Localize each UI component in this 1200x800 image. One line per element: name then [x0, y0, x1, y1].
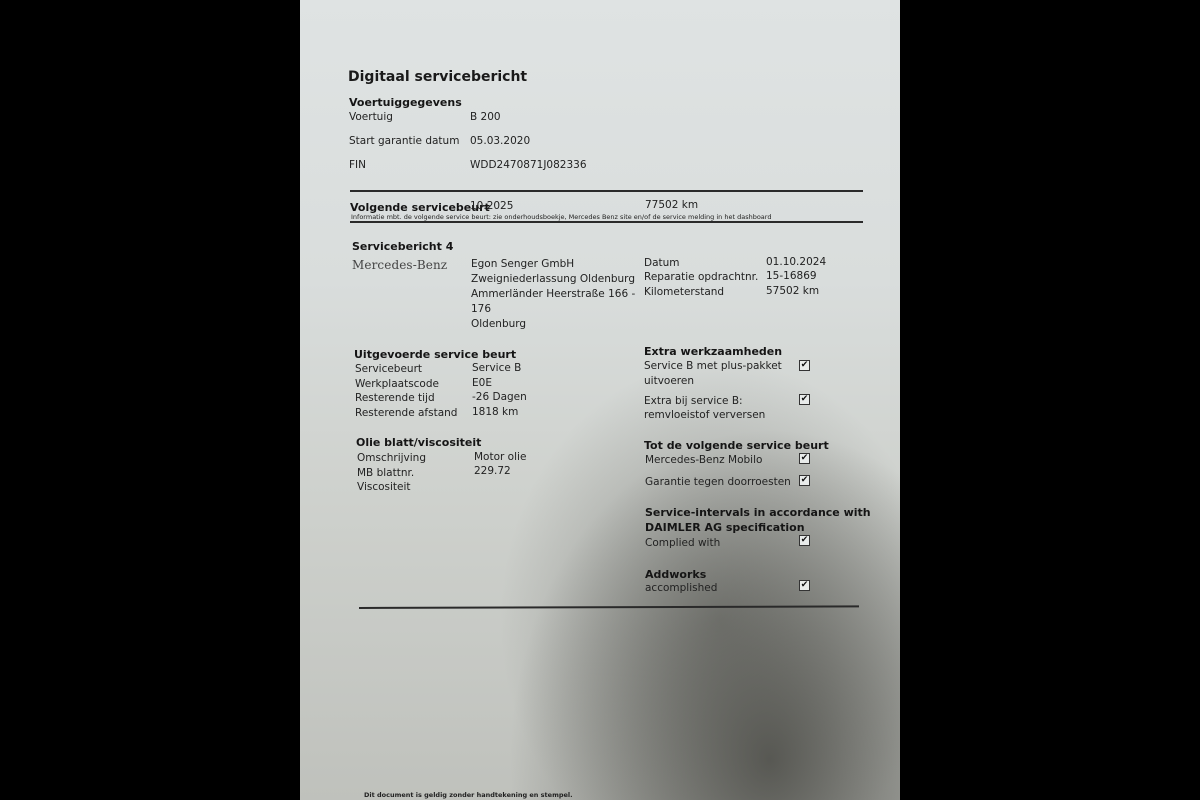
document-footer-note: Dit document is geldig zonder handtekeni…: [364, 791, 573, 799]
repair-order-label: Reparatie opdrachtnr.: [644, 271, 758, 283]
vehicle-data-heading: Voertuiggegevens: [349, 96, 462, 109]
vehicle-label: Voertuig: [349, 111, 393, 123]
vehicle-value: B 200: [470, 111, 501, 123]
intervals-heading-line-2: DAIMLER AG specification: [645, 521, 805, 534]
extra-work-heading: Extra werkzaamheden: [644, 345, 782, 358]
extra-work-item-2-line-1: Extra bij service B:: [644, 395, 743, 407]
odometer-label: Kilometerstand: [644, 286, 724, 298]
rust-warranty-label: Garantie tegen doorroesten: [645, 476, 791, 488]
dealer-street-number: 176: [471, 303, 491, 315]
extra-work-item-1-line-1: Service B met plus-pakket: [644, 360, 782, 372]
oil-description-value: Motor olie: [474, 451, 526, 463]
divider: [359, 605, 859, 608]
dealer-street: Ammerländer Heerstraße 166 -: [471, 288, 635, 300]
mb-sheet-label: MB blattnr.: [357, 467, 414, 479]
remaining-distance-value: 1818 km: [472, 406, 518, 418]
mercedes-benz-logo: Mercedes-Benz: [352, 258, 447, 272]
dealer-branch: Zweigniederlassung Oldenburg: [471, 273, 635, 285]
intervals-heading-line-1: Service-intervals in accordance with: [645, 506, 871, 519]
next-service-info: Informatie mbt. de volgende service beur…: [351, 213, 771, 221]
checkbox-checked-icon: ✔: [799, 535, 810, 546]
document-title: Digitaal servicebericht: [348, 69, 527, 85]
checkbox-checked-icon: ✔: [799, 453, 810, 464]
divider: [350, 221, 863, 223]
date-value: 01.10.2024: [766, 256, 826, 268]
service-report-heading: Servicebericht 4: [352, 240, 453, 253]
next-service-distance: 77502 km: [645, 199, 698, 211]
remaining-time-label: Resterende tijd: [355, 392, 435, 404]
oil-heading: Olie blatt/viscositeit: [356, 436, 481, 449]
remaining-time-value: -26 Dagen: [472, 391, 527, 403]
service-type-label: Servicebeurt: [355, 363, 422, 375]
addworks-label: accomplished: [645, 582, 717, 594]
checkbox-checked-icon: ✔: [799, 580, 810, 591]
checkbox-checked-icon: ✔: [799, 394, 810, 405]
until-next-heading: Tot de volgende service beurt: [644, 439, 829, 452]
mb-sheet-value: 229.72: [474, 465, 511, 477]
date-label: Datum: [644, 257, 680, 269]
divider: [350, 190, 863, 192]
fin-label: FIN: [349, 159, 366, 171]
workshop-code-value: E0E: [472, 377, 492, 389]
viscosity-label: Viscositeit: [357, 481, 411, 493]
warranty-start-label: Start garantie datum: [349, 135, 459, 147]
addworks-heading: Addworks: [645, 568, 706, 581]
next-service-date: 10.2025: [470, 200, 513, 212]
mobilo-label: Mercedes-Benz Mobilo: [645, 454, 762, 466]
odometer-value: 57502 km: [766, 285, 819, 297]
dealer-city: Oldenburg: [471, 318, 526, 330]
service-type-value: Service B: [472, 362, 521, 374]
repair-order-value: 15-16869: [766, 270, 817, 282]
document-page: Digitaal servicebericht Voertuiggegevens…: [300, 0, 900, 800]
checkbox-checked-icon: ✔: [799, 475, 810, 486]
complied-with-label: Complied with: [645, 537, 720, 549]
workshop-code-label: Werkplaatscode: [355, 378, 439, 390]
extra-work-item-2-line-2: remvloeistof verversen: [644, 409, 765, 421]
checkbox-checked-icon: ✔: [799, 360, 810, 371]
fin-value: WDD2470871J082336: [470, 159, 587, 171]
warranty-start-value: 05.03.2020: [470, 135, 530, 147]
extra-work-item-1-line-2: uitvoeren: [644, 375, 694, 387]
dealer-name: Egon Senger GmbH: [471, 258, 574, 270]
remaining-distance-label: Resterende afstand: [355, 407, 457, 419]
performed-service-heading: Uitgevoerde service beurt: [354, 348, 516, 361]
oil-description-label: Omschrijving: [357, 452, 426, 464]
